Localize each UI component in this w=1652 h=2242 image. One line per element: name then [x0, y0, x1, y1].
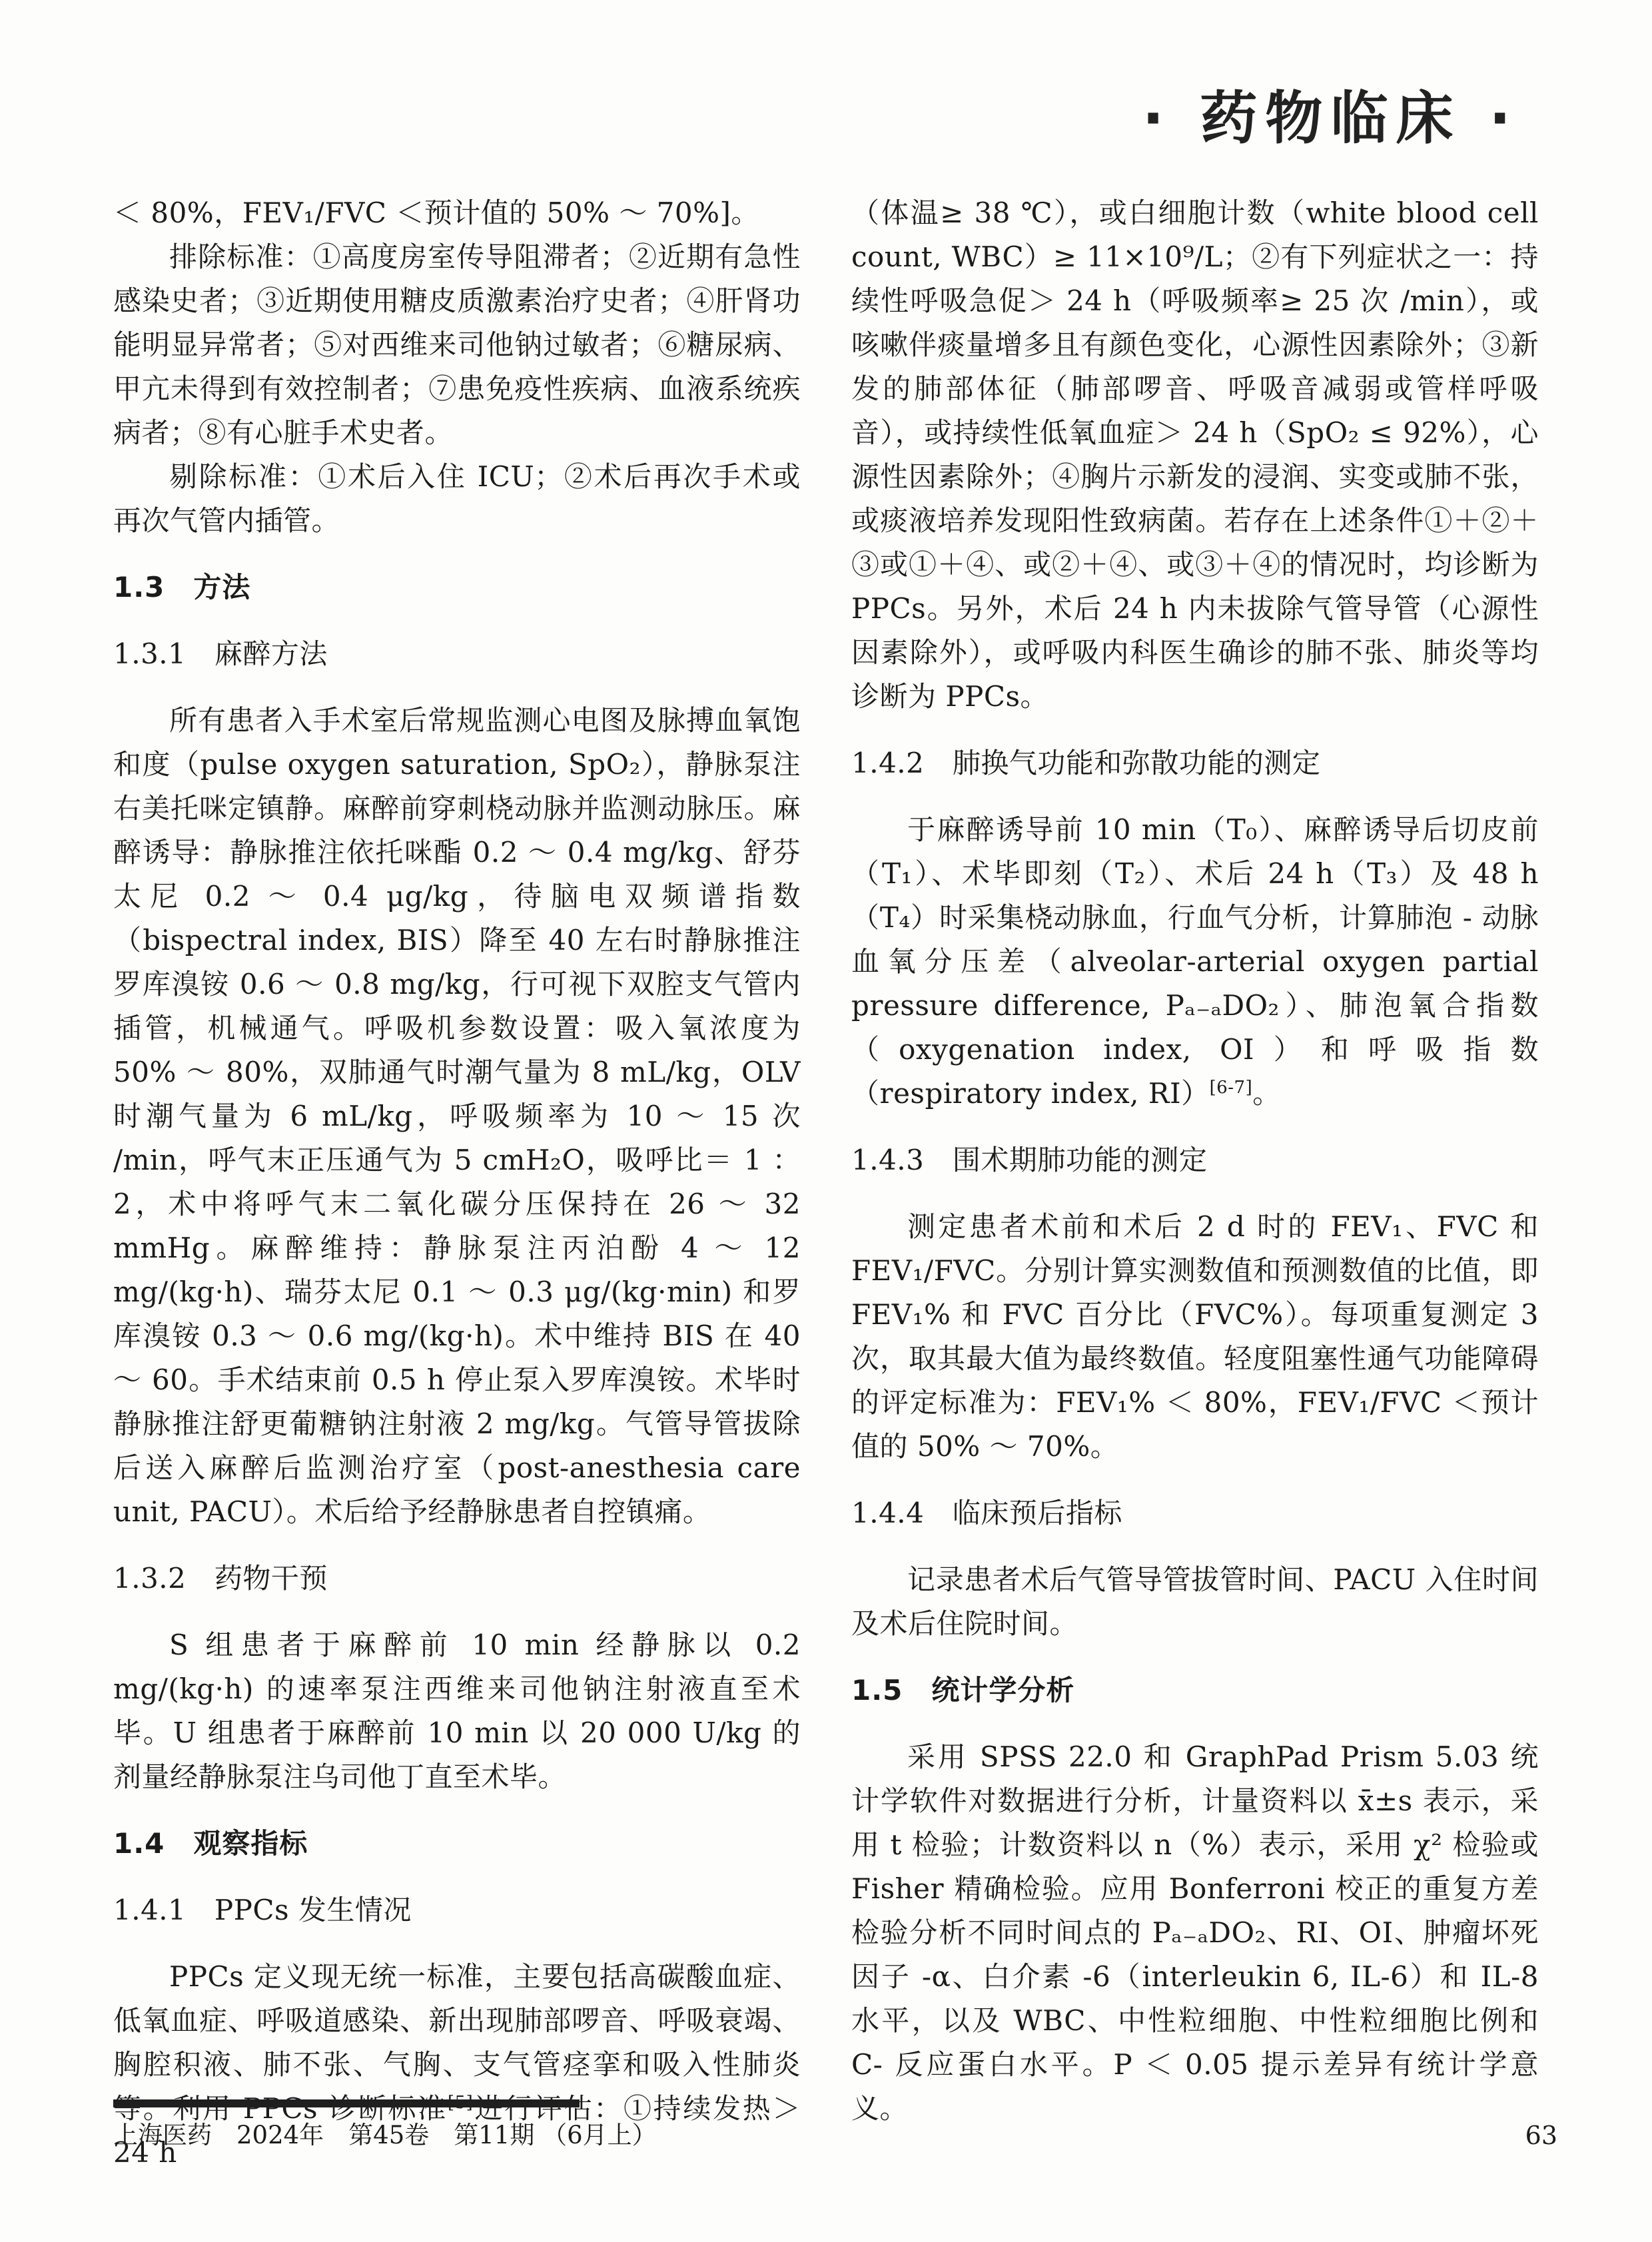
subsection-heading: 1.4.2 肺换气功能和弥散功能的测定 — [851, 741, 1539, 785]
journal-footer-line: 上海医药 2024年 第45卷 第11期 （6月上） — [113, 2121, 657, 2150]
subsection-heading: 1.4.4 临床预后指标 — [851, 1491, 1539, 1535]
subsection-heading: 1.3.1 麻醉方法 — [113, 632, 801, 676]
body-paragraph: （体温≥ 38 ℃），或白细胞计数（white blood cell count… — [851, 191, 1539, 719]
body-paragraph: 采用 SPSS 22.0 和 GraphPad Prism 5.03 统计学软件… — [851, 1735, 1539, 2131]
right-text-column: （体温≥ 38 ℃），或白细胞计数（white blood cell count… — [851, 191, 1539, 2131]
journal-page: · 药物临床 · ＜ 80%，FEV₁/FVC ＜预计值的 50% ～ 70%]… — [0, 0, 1652, 2242]
left-text-column: ＜ 80%，FEV₁/FVC ＜预计值的 50% ～ 70%]。排除标准：①高度… — [113, 191, 801, 2175]
page-number: 63 — [1525, 2121, 1557, 2150]
subsection-heading: 1.3.2 药物干预 — [113, 1557, 801, 1601]
citation-marker: [6-7] — [1210, 1078, 1253, 1098]
body-paragraph: 记录患者术后气管导管拔管时间、PACU 入住时间及术后住院时间。 — [851, 1558, 1539, 1646]
body-paragraph: 排除标准：①高度房室传导阻滞者；②近期有急性感染史者；③近期使用糖皮质激素治疗史… — [113, 235, 801, 455]
body-paragraph: S 组患者于麻醉前 10 min 经静脉以 0.2 mg/(kg·h) 的速率泵… — [113, 1623, 801, 1799]
body-paragraph: 于麻醉诱导前 10 min（T₀）、麻醉诱导后切皮前（T₁）、术毕即刻（T₂）、… — [851, 808, 1539, 1116]
footer-divider-rule — [113, 2099, 580, 2107]
subsection-heading: 1.4.3 围术期肺功能的测定 — [851, 1138, 1539, 1182]
body-paragraph: ＜ 80%，FEV₁/FVC ＜预计值的 50% ～ 70%]。 — [113, 191, 801, 235]
body-paragraph: 所有患者入手术室后常规监测心电图及脉搏血氧饱和度（pulse oxygen sa… — [113, 699, 801, 1534]
column-category-header: · 药物临床 · — [1142, 85, 1519, 152]
section-heading: 1.4 观察指标 — [113, 1822, 801, 1866]
body-paragraph: 测定患者术前和术后 2 d 时的 FEV₁、FVC 和 FEV₁/FVC。分别计… — [851, 1205, 1539, 1469]
body-paragraph: 剔除标准：①术后入住 ICU；②术后再次手术或再次气管内插管。 — [113, 455, 801, 543]
section-heading: 1.3 方法 — [113, 565, 801, 609]
section-heading: 1.5 统计学分析 — [851, 1669, 1539, 1712]
subsection-heading: 1.4.1 PPCs 发生情况 — [113, 1888, 801, 1932]
